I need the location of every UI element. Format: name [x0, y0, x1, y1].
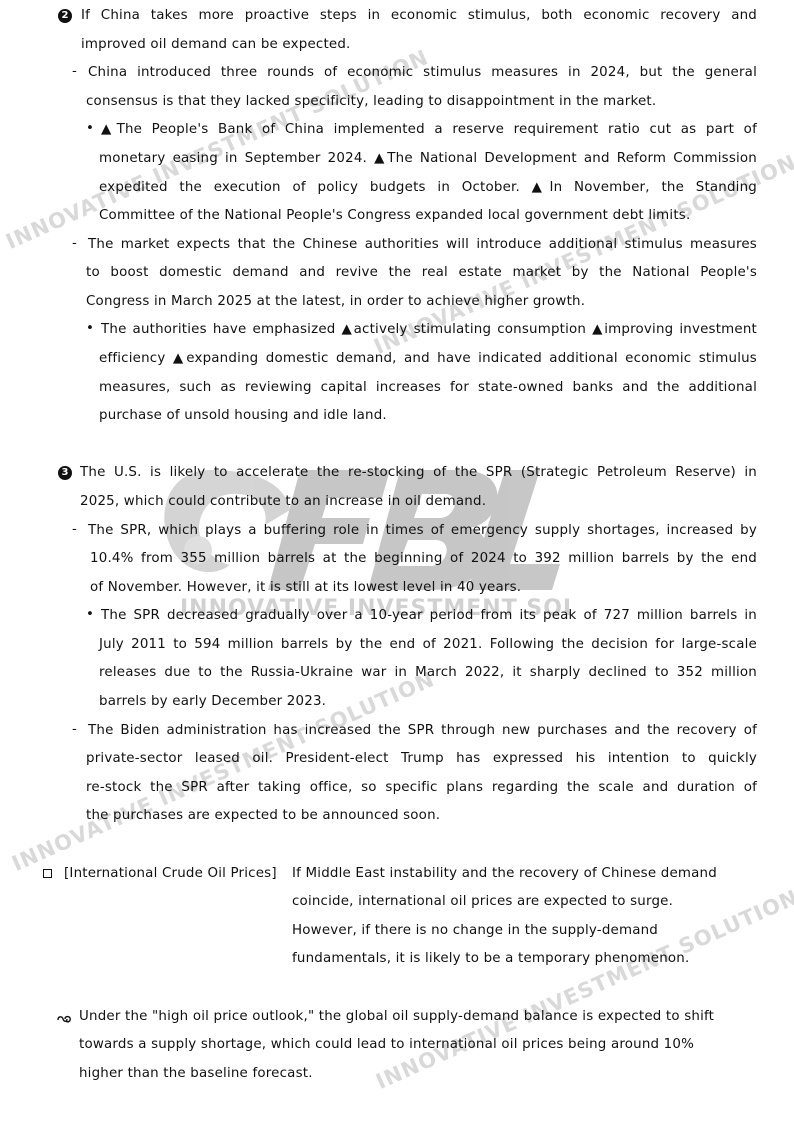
dash-marker: - — [72, 64, 77, 79]
bullet-item-line: expedited the execution of policy budget… — [99, 179, 757, 197]
crude-oil-line: coincide, international oil prices are e… — [292, 893, 673, 911]
circled-number-2-icon: 2 — [58, 9, 72, 23]
outlook-line: Under the "high oil price outlook," the … — [79, 1008, 714, 1026]
bullet-item-line: The authorities have emphasized ▲activel… — [101, 321, 757, 339]
section-heading-line: improved oil demand can be expected. — [81, 36, 351, 54]
dash-item-line: to boost domestic demand and revive the … — [86, 264, 757, 282]
circled-number-3-icon: 3 — [58, 466, 72, 480]
section-heading-line: 2025, which could contribute to an incre… — [80, 493, 486, 511]
dash-item-line: consensus is that they lacked specificit… — [86, 93, 656, 111]
crude-oil-line: fundamentals, it is likely to be a tempo… — [292, 950, 689, 968]
dash-item-line: The Biden administration has increased t… — [88, 722, 757, 740]
bullet-dot-icon: • — [86, 607, 94, 622]
bullet-item-line: purchase of unsold housing and idle land… — [99, 407, 387, 425]
watermark-text: INNOVATIVE INVESTMENT SOLUTION — [372, 885, 794, 1094]
section-heading-line: The U.S. is likely to accelerate the re-… — [80, 464, 757, 482]
bullet-dot-icon: • — [86, 121, 94, 136]
dash-item-line: Congress in March 2025 at the latest, in… — [86, 293, 585, 311]
dash-item-line: The market expects that the Chinese auth… — [88, 236, 757, 254]
bullet-item-line: ▲The People's Bank of China implemented … — [101, 121, 757, 139]
dash-item-line: the purchases are expected to be announc… — [86, 807, 440, 825]
bullet-item-line: monetary easing in September 2024. ▲The … — [99, 150, 757, 168]
bullet-dot-icon: • — [86, 321, 94, 336]
dash-marker: - — [72, 236, 77, 251]
crude-oil-line: However, if there is no change in the su… — [292, 922, 658, 940]
dash-item-line: private-sector leased oil. President-ele… — [86, 750, 757, 768]
crude-oil-label: [International Crude Oil Prices] — [64, 865, 277, 883]
bullet-item-line: barrels by early December 2023. — [99, 693, 326, 711]
dash-item-line: The SPR, which plays a buffering role in… — [88, 522, 757, 540]
dash-marker: - — [72, 522, 77, 537]
bullet-item-line: The SPR decreased gradually over a 10-ye… — [101, 607, 757, 625]
bullet-item-line: July 2011 to 594 million barrels by the … — [99, 636, 757, 654]
dash-item-line: re-stock the SPR after taking office, so… — [86, 779, 757, 797]
section-heading-line: If China takes more proactive steps in e… — [81, 7, 757, 25]
bullet-item-line: measures, such as reviewing capital incr… — [99, 379, 757, 397]
dash-item-line: 10.4% from 355 million barrels at the be… — [90, 550, 757, 568]
bullet-item-line: Committee of the National People's Congr… — [99, 207, 690, 225]
crude-oil-line: If Middle East instability and the recov… — [292, 865, 717, 883]
bullet-item-line: releases due to the Russia-Ukraine war i… — [99, 664, 757, 682]
bullet-item-line: efficiency ▲expanding domestic demand, a… — [99, 350, 757, 368]
outlook-line: higher than the baseline forecast. — [79, 1065, 313, 1083]
dash-item-line: China introduced three rounds of economi… — [88, 64, 757, 82]
outlook-line: towards a supply shortage, which could l… — [79, 1036, 694, 1054]
square-bullet-icon — [43, 869, 52, 878]
link-arrow-icon — [57, 1014, 73, 1024]
document-page: INNOVATIVE INVESTMENT SOLUTION INNOVATIV… — [0, 0, 794, 1123]
dash-item-line: of November. However, it is still at its… — [90, 579, 521, 597]
dash-marker: - — [72, 722, 77, 737]
